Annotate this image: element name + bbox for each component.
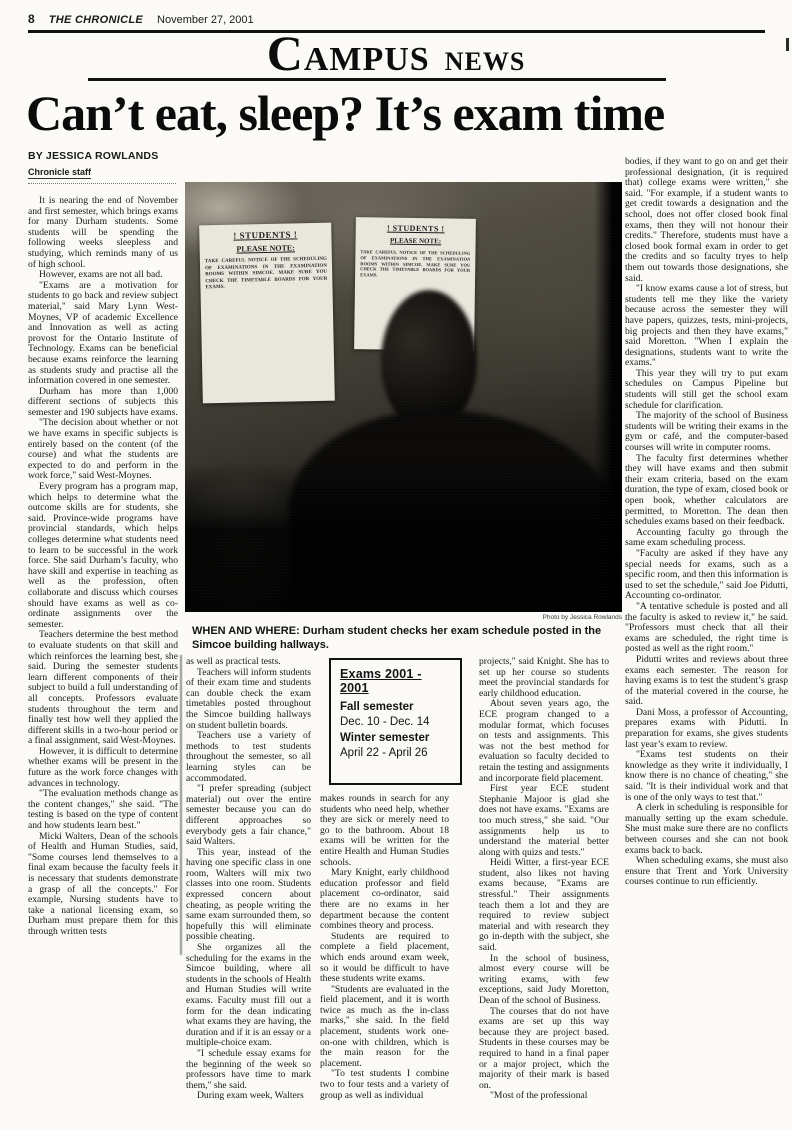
article-paragraph: Mary Knight, early childhood education p… [320, 868, 449, 932]
article-paragraph: Students are required to complete a fiel… [320, 932, 449, 985]
winter-semester-dates: April 22 - April 26 [340, 747, 451, 759]
article-paragraph: Heidi Witter, a first-year ECE student, … [479, 858, 609, 953]
article-paragraph: "I know exams cause a lot of stress, but… [625, 284, 788, 369]
article-paragraph: Dani Moss, a professor of Accounting, pr… [625, 708, 788, 750]
winter-semester-label: Winter semester [340, 732, 451, 744]
article-paragraph: "To test students I combine two to four … [320, 1069, 449, 1101]
notice-subtitle: PLEASE NOTE: [361, 236, 471, 246]
exam-schedule-box: Exams 2001 - 2001 Fall semester Dec. 10 … [329, 658, 462, 785]
article-column-5: bodies, if they want to go on and get th… [625, 157, 788, 1115]
article-column-3: makes rounds in search for any students … [320, 794, 449, 1128]
headline: Can’t eat, sleep? It’s exam time [26, 84, 774, 142]
article-paragraph: First year ECE student Stephanie Majoor … [479, 784, 609, 858]
publication-name: THE CHRONICLE [49, 14, 143, 26]
article-paragraph: "I schedule essay exams for the beginnin… [186, 1049, 311, 1091]
banner-rule [88, 78, 666, 81]
photo-credit: Photo by Jessica Rowlands [185, 614, 622, 621]
exam-box-title: Exams 2001 - 2001 [340, 667, 451, 695]
article-column-1: It is nearing the end of November and fi… [28, 196, 178, 1098]
newspaper-page: 8 THE CHRONICLE November 27, 2001 CAMPUS… [0, 0, 792, 1130]
article-paragraph: "Students are evaluated in the field pla… [320, 985, 449, 1070]
article-paragraph: "The decision about whether or not we ha… [28, 418, 178, 482]
page-number: 8 [28, 12, 35, 26]
article-paragraph: During exam week, Walters [186, 1091, 311, 1102]
photo-caption: WHEN AND WHERE: Durham student checks he… [192, 625, 624, 652]
article-paragraph: About seven years ago, the ECE program c… [479, 699, 609, 784]
fall-semester-dates: Dec. 10 - Dec. 14 [340, 716, 451, 728]
notice-fineprint: TAKE CAREFUL NOTICE OF THE SCHEDULING OF… [205, 257, 328, 292]
article-column-4: projects," said Knight. She has to set u… [479, 657, 609, 1128]
article-paragraph: Teachers use a variety of methods to tes… [186, 731, 311, 784]
section-subtitle: NEWS [445, 47, 526, 77]
article-paragraph: makes rounds in search for any students … [320, 794, 449, 868]
scan-artifact [180, 655, 182, 955]
byline: BY JESSICA ROWLANDS Chronicle staff [28, 150, 178, 184]
section-title: CAMPUS [267, 33, 430, 80]
byline-rule [28, 180, 176, 184]
article-paragraph: However, it is difficult to determine wh… [28, 747, 178, 789]
article-paragraph: When scheduling exams, she must also ens… [625, 856, 788, 888]
article-paragraph: projects," said Knight. She has to set u… [479, 657, 609, 699]
article-paragraph: "I prefer spreading (subject material) o… [186, 784, 311, 848]
article-paragraph: "Most of the professional [479, 1091, 609, 1102]
article-paragraph: "A tentative schedule is posted and all … [625, 602, 788, 655]
byline-role: Chronicle staff [28, 167, 91, 179]
article-paragraph: "The evaluation methods change as the co… [28, 789, 178, 831]
article-paragraph: The faculty first determines whether the… [625, 454, 788, 528]
article-paragraph: "Exams are a motivation for students to … [28, 281, 178, 387]
issue-date: November 27, 2001 [157, 14, 254, 26]
article-paragraph: as well as practical tests. [186, 657, 311, 668]
article-paragraph: Pidutti writes and reviews about three e… [625, 655, 788, 708]
notice-title: ! STUDENTS ! [361, 223, 471, 234]
article-paragraph: A clerk in scheduling is responsible for… [625, 803, 788, 856]
article-column-2: as well as practical tests.Teachers will… [186, 657, 311, 1128]
article-paragraph: Every program has a program map, which h… [28, 482, 178, 630]
masthead: 8 THE CHRONICLE November 27, 2001 [28, 12, 768, 26]
article-paragraph: This year, instead of the having one spe… [186, 848, 311, 943]
byline-author: BY JESSICA ROWLANDS [28, 150, 178, 162]
article-paragraph: In the school of business, almost every … [479, 954, 609, 1007]
fall-semester-label: Fall semester [340, 701, 451, 713]
notice-fineprint: TAKE CAREFUL NOTICE OF THE SCHEDULING OF… [360, 249, 470, 280]
article-paragraph: Durham has more than 1,000 different sec… [28, 387, 178, 419]
article-paragraph: bodies, if they want to go on and get th… [625, 157, 788, 284]
article-paragraph: Micki Walters, Dean of the schools of He… [28, 832, 178, 938]
notice-title: ! STUDENTS ! [204, 229, 326, 242]
article-paragraph: The courses that do not have exams are s… [479, 1007, 609, 1092]
article-paragraph: It is nearing the end of November and fi… [28, 196, 178, 270]
section-banner: CAMPUS NEWS [0, 33, 792, 80]
article-paragraph: Teachers determine the best method to ev… [28, 630, 178, 747]
photo-dark-band [185, 462, 622, 612]
article-paragraph: Accounting faculty go through the same e… [625, 528, 788, 549]
article-paragraph: "Faculty are asked if they have any spec… [625, 549, 788, 602]
article-paragraph: This year they will try to put exam sche… [625, 369, 788, 411]
article-paragraph: "Exams test students on their knowledge … [625, 750, 788, 803]
article-paragraph: The majority of the school of Business s… [625, 411, 788, 453]
article-paragraph: Teachers will inform students of their e… [186, 668, 311, 732]
article-paragraph: She organizes all the scheduling for the… [186, 943, 311, 1049]
notice-subtitle: PLEASE NOTE: [205, 243, 327, 255]
article-photo: ! STUDENTS ! PLEASE NOTE: TAKE CAREFUL N… [185, 182, 622, 612]
posted-notice: ! STUDENTS ! PLEASE NOTE: TAKE CAREFUL N… [199, 223, 335, 404]
